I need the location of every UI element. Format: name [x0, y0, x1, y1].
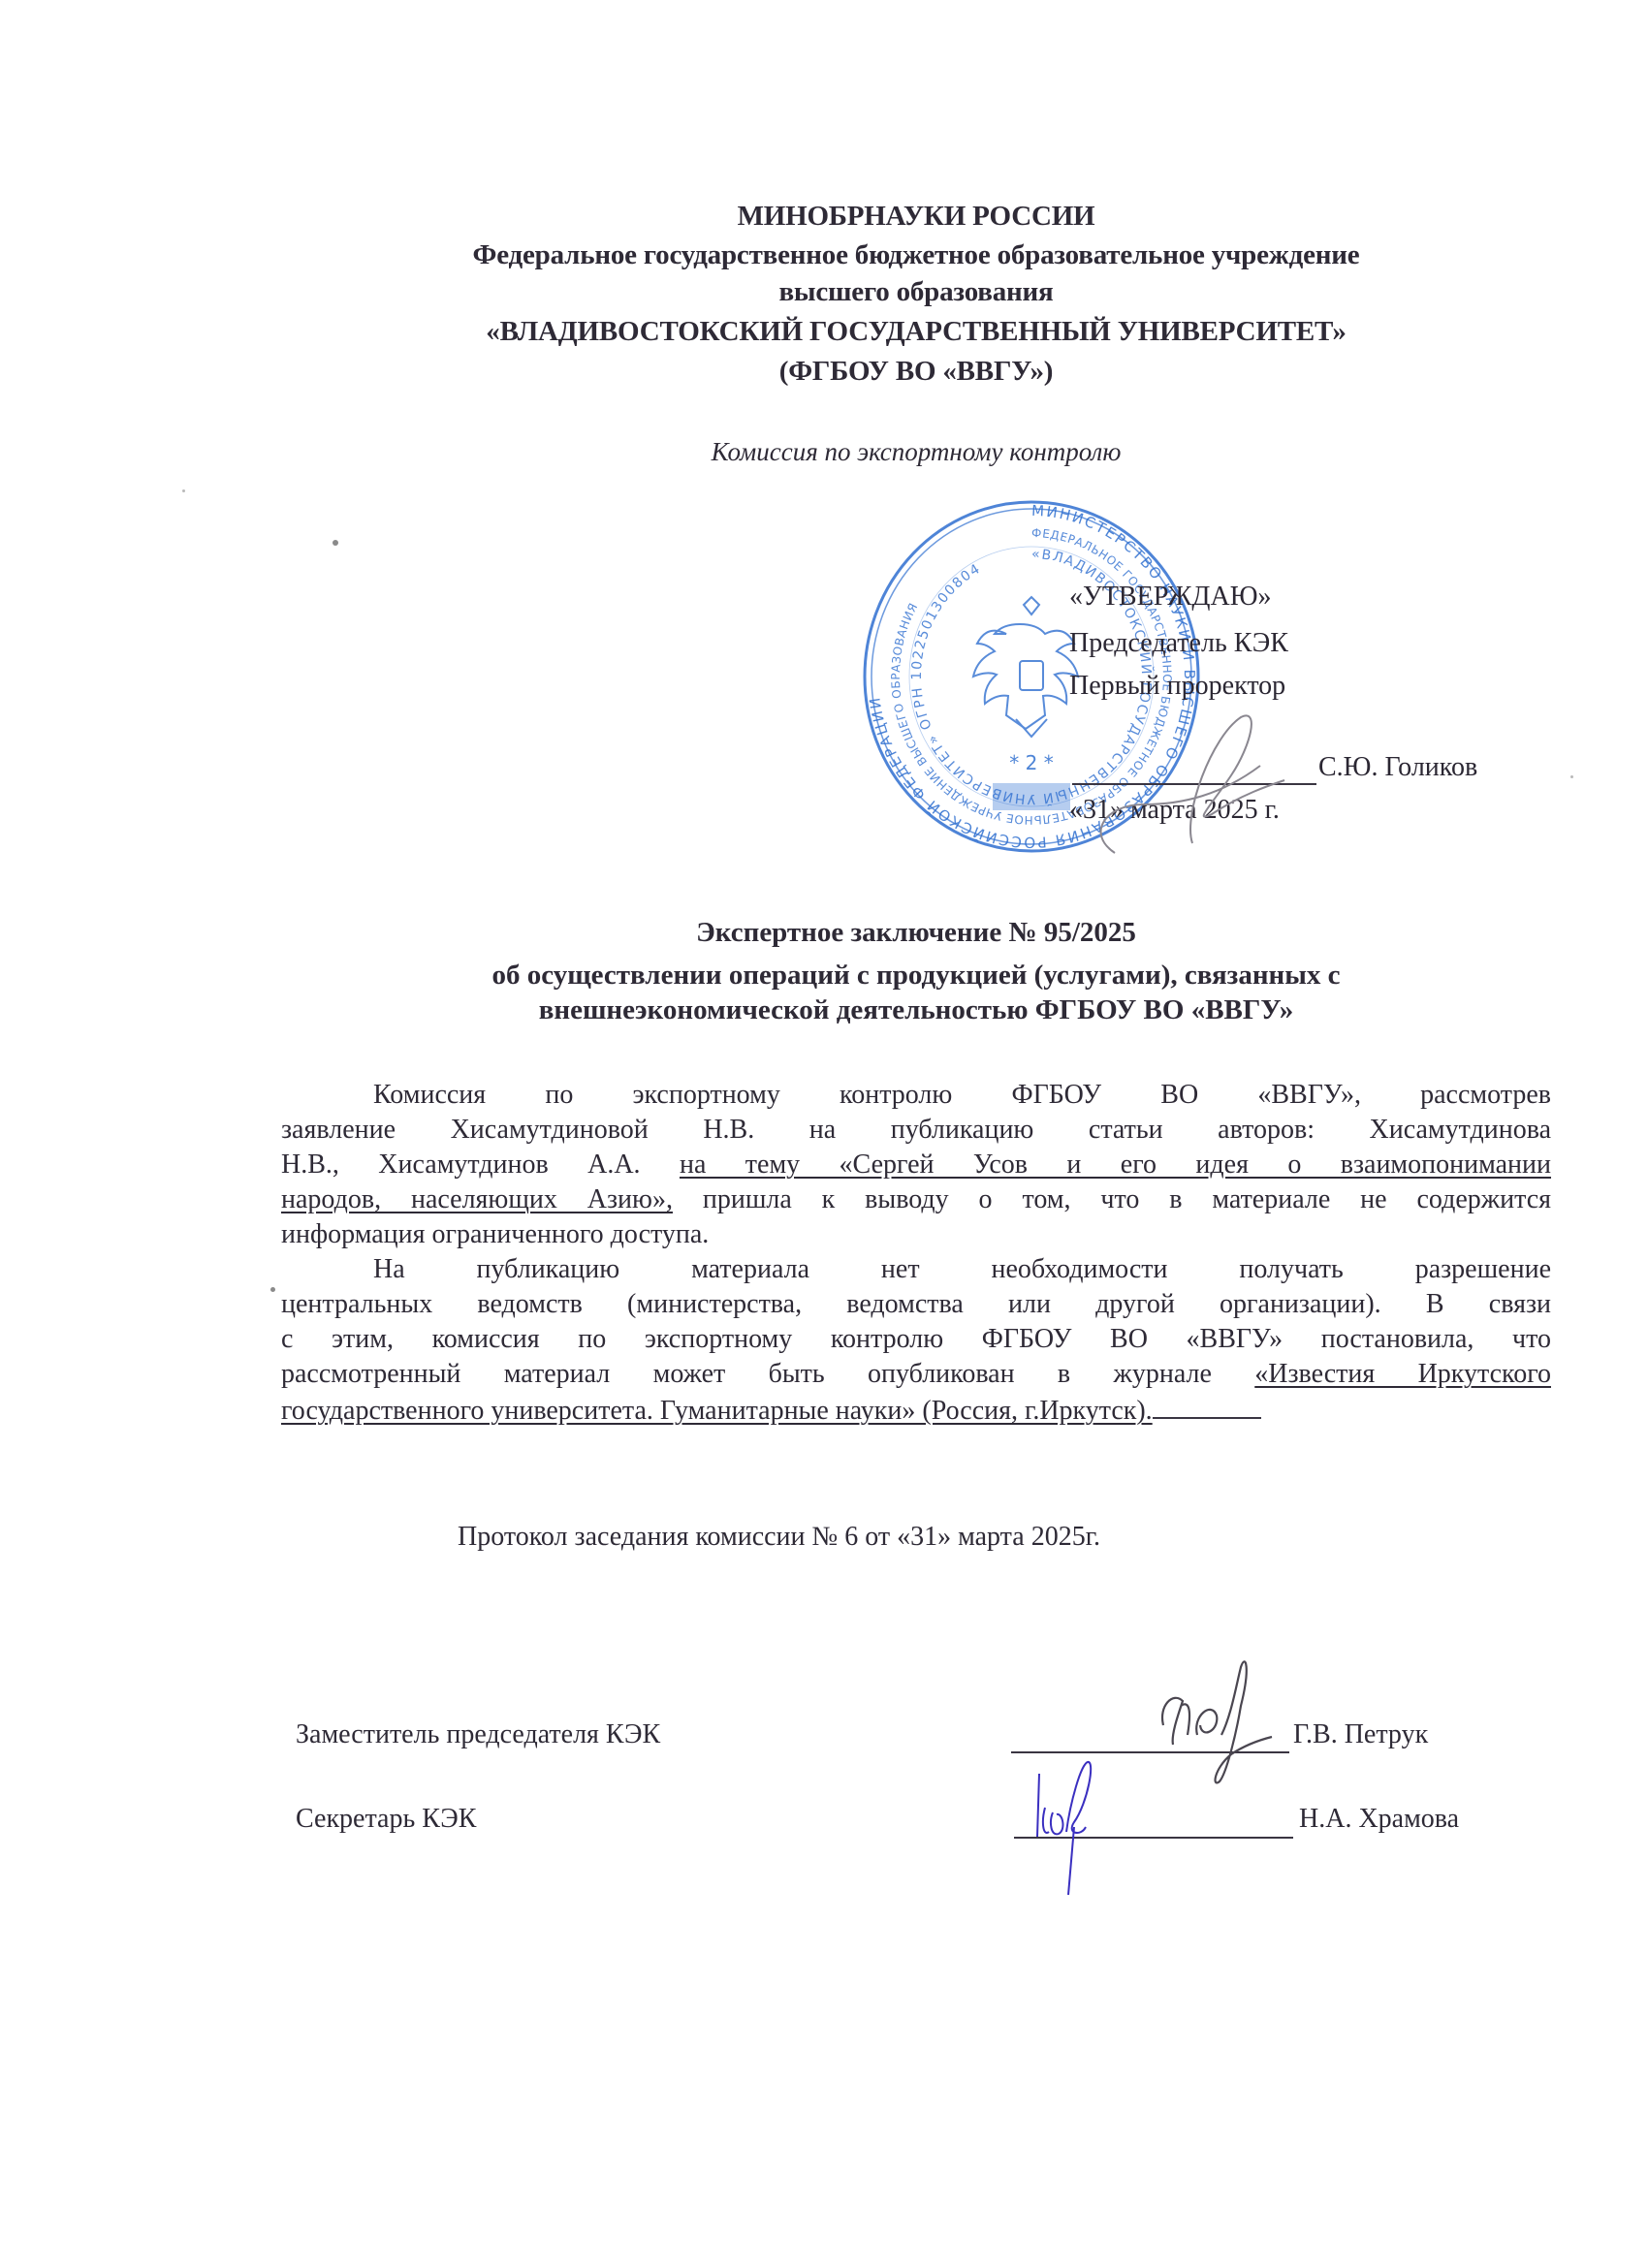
deputy-chair-signature-icon [1144, 1648, 1289, 1793]
journal-name-text: «Известия Иркутского [1254, 1359, 1551, 1389]
institution-type-line1: Федеральное государственное бюджетное об… [281, 238, 1551, 271]
ministry-name: МИНОБРНАУКИ РОССИИ [281, 200, 1551, 233]
decision-text: рассмотренный материал может быть опубли… [281, 1359, 1212, 1389]
university-abbreviation: (ФГБОУ ВО «ВВГУ») [281, 355, 1551, 388]
signatory-name-secretary: Н.А. Храмова [1299, 1804, 1459, 1835]
approver-name: С.Ю. Голиков [1318, 752, 1477, 783]
paragraph-line: На публикацию материала нет необходимост… [281, 1252, 1551, 1287]
paragraph-line: центральных ведомств (министерства, ведо… [281, 1287, 1551, 1322]
paragraph-line: заявление Хисамутдиновой Н.В. на публика… [281, 1113, 1551, 1148]
article-topic-text-end: народов, населяющих Азию», [281, 1184, 673, 1214]
paragraph-line: государственного университета. Гуманитар… [281, 1392, 1551, 1429]
article-topic-text: на тему «Сергей Усов и его идея о взаимо… [680, 1150, 1551, 1180]
svg-text:* 2 *: * 2 * [1009, 751, 1053, 774]
university-name: «ВЛАДИВОСТОКСКИЙ ГОСУДАРСТВЕННЫЙ УНИВЕРС… [281, 315, 1551, 348]
signatory-role-secretary: Секретарь КЭК [296, 1804, 476, 1835]
scan-speck [270, 1287, 275, 1292]
approver-role-chair: Председатель КЭК [1069, 628, 1288, 659]
document-subtitle-line2: внешнеэкономической деятельностью ФГБОУ … [281, 992, 1551, 1027]
signatory-role-deputy-chair: Заместитель председателя КЭК [296, 1719, 660, 1750]
document-subtitle-line1: об осуществлении операций с продукцией (… [281, 958, 1551, 992]
institution-type-line2: высшего образования [281, 275, 1551, 308]
document-title: Экспертное заключение № 95/2025 [281, 915, 1551, 950]
approval-heading: «УТВЕРЖДАЮ» [1069, 582, 1271, 613]
authors-text: Н.В., Хисамутдинов А.А. [281, 1150, 641, 1180]
conclusion-text: пришла к выводу о том, что в материале н… [703, 1184, 1551, 1214]
scan-speck [182, 489, 185, 492]
blank-fill-line [1153, 1392, 1261, 1419]
scan-speck [1570, 775, 1573, 778]
protocol-reference: Протокол заседания комиссии № 6 от «31» … [458, 1522, 1100, 1553]
paragraph-decision: На публикацию материала нет необходимост… [281, 1252, 1551, 1429]
paragraph-conclusion: Комиссия по экспортному контролю ФГБОУ В… [281, 1078, 1551, 1252]
paragraph-line: народов, населяющих Азию», пришла к выво… [281, 1182, 1551, 1217]
paragraph-line: Комиссия по экспортному контролю ФГБОУ В… [281, 1078, 1551, 1113]
paragraph-line: с этим, комиссия по экспортному контролю… [281, 1322, 1551, 1357]
paragraph-line: рассмотренный материал может быть опубли… [281, 1357, 1551, 1392]
approver-signature-icon [1076, 698, 1309, 863]
paragraph-line: Н.В., Хисамутдинов А.А. на тему «Сергей … [281, 1148, 1551, 1182]
secretary-signature-icon [1028, 1754, 1125, 1900]
scan-speck [333, 540, 338, 546]
paragraph-line: информация ограниченного доступа. [281, 1217, 1551, 1252]
journal-name-text-end: государственного университета. Гуманитар… [281, 1396, 1153, 1426]
commission-subtitle: Комиссия по экспортному контролю [281, 436, 1551, 467]
signatory-name-deputy-chair: Г.В. Петрук [1293, 1719, 1428, 1750]
